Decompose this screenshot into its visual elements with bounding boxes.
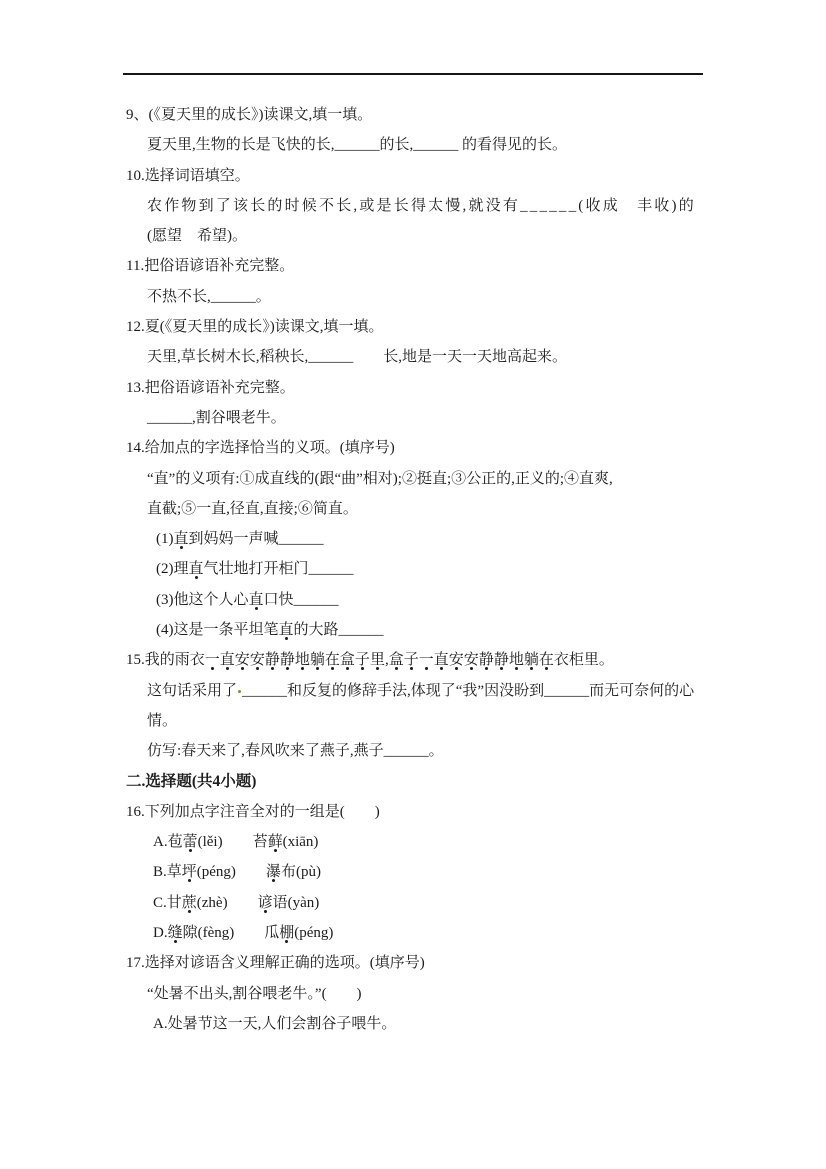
emphasized-char: 子 [355, 652, 370, 668]
emphasized-char: 躺 [310, 652, 325, 668]
emphasized-char: 瀑 [266, 864, 281, 880]
q17-option-a: A.处暑节这一天,人们会割谷子喂牛。 [126, 1009, 712, 1039]
q14-item-1: (1)直到妈妈一声喊______ [126, 524, 712, 554]
emphasized-char: 谚 [258, 895, 273, 911]
q14-stem: 14.给加点的字选择恰当的义项。(填序号) [126, 433, 712, 463]
emphasized-char: 直 [189, 561, 204, 577]
emphasized-char: 一 [419, 652, 434, 668]
emphasized-char: 安 [235, 652, 250, 668]
q14-item-2: (2)理直气壮地打开柜门______ [126, 554, 712, 584]
emphasized-char: 藓 [268, 834, 283, 850]
q12-fill-blank-line: 天里,草长树木长,稻秧长,______ 长,地是一天一天地高起来。 [126, 342, 712, 372]
q13-fill-blank-line: ______,割谷喂老牛。 [126, 403, 712, 433]
q16-option-c: C.甘蔗(zhè) 谚语(yàn) [126, 888, 712, 918]
emphasized-char: 直 [220, 652, 235, 668]
emphasized-char: 盒 [389, 652, 404, 668]
q15-analysis-line-1: 这句话采用了______和反复的修辞手法,体现了“我”因没盼到______而无可… [126, 676, 712, 706]
q17-proverb-line: “处暑不出头,割谷喂老牛。”( ) [126, 979, 712, 1009]
q15-imitation-line: 仿写:春天来了,春风吹来了燕子,燕子______。 [126, 736, 712, 766]
emphasized-char: 直 [434, 652, 449, 668]
emphasized-char: 在 [539, 652, 554, 668]
emphasized-char: 安 [449, 652, 464, 668]
emphasized-char: 安 [250, 652, 265, 668]
q16-option-b: B.草坪(péng) 瀑布(pù) [126, 857, 712, 887]
q16-stem: 16.下列加点字注音全对的一组是( ) [126, 797, 712, 827]
emphasized-char: 躺 [524, 652, 539, 668]
emphasized-char: 里 [370, 652, 385, 668]
q11-fill-blank-line: 不热不长,______。 [126, 282, 712, 312]
emphasized-char: 静 [479, 652, 494, 668]
emphasized-char: 子 [404, 652, 419, 668]
emphasized-char: 静 [265, 652, 280, 668]
q11-stem: 11.把俗语谚语补充完整。 [126, 251, 712, 281]
emphasized-char: 静 [494, 652, 509, 668]
emphasized-char: 在 [325, 652, 340, 668]
q13-stem: 13.把俗语谚语补充完整。 [126, 373, 712, 403]
emphasized-char: 蔗 [182, 895, 197, 911]
q17-stem: 17.选择对谚语含义理解正确的选项。(填序号) [126, 948, 712, 978]
worksheet-page: 9、(《夏天里的成长》)读课文,填一填。 夏天里,生物的长是飞快的长,_____… [126, 100, 712, 1039]
emphasized-char: 一 [205, 652, 220, 668]
green-proofing-dot-icon [238, 690, 241, 693]
q9-stem: 9、(《夏天里的成长》)读课文,填一填。 [126, 100, 712, 130]
emphasized-char: 棚 [279, 925, 294, 941]
q16-option-d: D.缝隙(fèng) 瓜棚(péng) [126, 918, 712, 948]
emphasized-char: 地 [295, 652, 310, 668]
q12-stem: 12.夏(《夏天里的成长》)读课文,填一填。 [126, 312, 712, 342]
q9-fill-blank-line: 夏天里,生物的长是飞快的长,______的长,______ 的看得见的长。 [126, 130, 712, 160]
emphasized-char: 蕾 [183, 834, 198, 850]
q15-sentence: 15.我的雨衣一直安安静静地躺在盒子里,盒子一直安安静静地躺在衣柜里。 [126, 645, 712, 675]
q14-definitions-line-1: “直”的义项有:①成直线的(跟“曲”相对);②挺直;③公正的,正义的;④直爽, [126, 464, 712, 494]
emphasized-char: 直 [249, 592, 264, 608]
emphasized-char: 缝 [168, 925, 183, 941]
q10-text-line-2: (愿望 希望)。 [126, 221, 712, 251]
emphasized-char: 静 [280, 652, 295, 668]
q16-option-a: A.苞蕾(lěi) 苔藓(xiān) [126, 827, 712, 857]
q14-item-3: (3)他这个人心直口快______ [126, 585, 712, 615]
q10-text-line-1: 农作物到了该长的时候不长,或是长得太慢,就没有______(收成 丰收)的 [126, 191, 712, 221]
emphasized-char: 盒 [340, 652, 355, 668]
q15-analysis-line-2: 情。 [126, 706, 712, 736]
emphasized-char: 安 [464, 652, 479, 668]
emphasized-char: 直 [279, 622, 294, 638]
emphasized-char: 坪 [182, 864, 197, 880]
emphasized-char: 地 [509, 652, 524, 668]
q10-stem: 10.选择词语填空。 [126, 161, 712, 191]
q14-item-4: (4)这是一条平坦笔直的大路______ [126, 615, 712, 645]
q14-definitions-line-2: 直截;⑤一直,径直,直接;⑥简直。 [126, 494, 712, 524]
header-divider-line [123, 73, 703, 75]
section-2-header: 二.选择题(共4小题) [126, 767, 712, 797]
emphasized-char: 直 [174, 531, 189, 547]
